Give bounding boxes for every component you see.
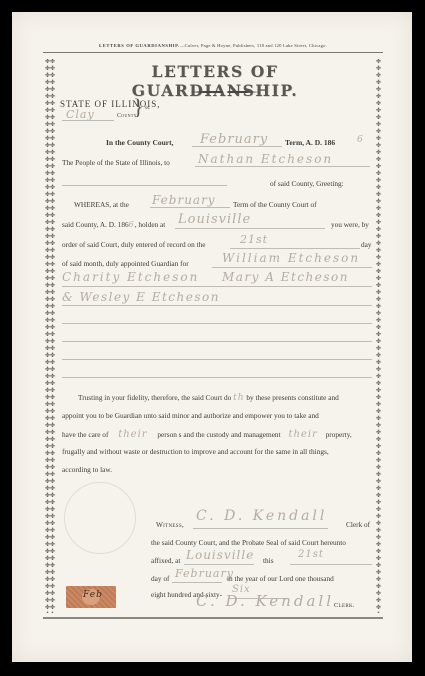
care-of-handwritten: their xyxy=(110,429,155,440)
affixed-place-handwritten: Louisville xyxy=(186,548,254,562)
trusting-line-4: frugally and without waste or destructio… xyxy=(62,447,329,456)
ward-name-4: & Wesley E Etcheson xyxy=(62,290,220,304)
witness-day-rule xyxy=(290,564,372,565)
witness-clerk-handwritten: C. D. Kendall xyxy=(196,508,327,524)
management-handwritten: their xyxy=(282,429,323,440)
ward-rule-1 xyxy=(212,267,372,268)
witness-line-2: the said County Court, and the Probate S… xyxy=(151,538,346,547)
running-head: LETTERS OF GUARDIANSHIP.—Culver, Page & … xyxy=(44,43,382,48)
clerk-label: Clerk. xyxy=(334,602,355,609)
guardian-name-handwritten: Nathan Etcheson xyxy=(198,152,333,166)
you-were-label: you were, by xyxy=(331,220,369,229)
ward-rule-2 xyxy=(62,286,372,287)
holden-place-rule xyxy=(175,228,325,229)
order-text: order of said Court, duly entered of rec… xyxy=(62,240,205,249)
ward-rule-4 xyxy=(62,323,372,324)
whereas-prefix: WHEREAS, at the xyxy=(74,200,129,209)
witness-rule xyxy=(193,528,328,529)
whereas-term-rule xyxy=(150,207,230,208)
term-rule xyxy=(192,146,282,147)
header-divider xyxy=(43,52,383,53)
document-title: LETTERS OF GUARDIANSHIP. xyxy=(70,62,360,100)
whereas-county-line: said County, A. D. 1866, holden at xyxy=(62,220,165,229)
greeting-text: of said County, Greeting: xyxy=(270,179,344,188)
affixed-label: affixed, at xyxy=(151,556,180,565)
trusting-line-2: appoint you to be Guardian unto said min… xyxy=(62,411,319,420)
witness-month-rule xyxy=(172,582,222,583)
trusting-suffix: by these presents constitute and xyxy=(246,393,338,402)
title-ornament-rule xyxy=(190,91,260,93)
whereas-term-handwritten: February xyxy=(152,193,216,207)
ward-name-1: William Etcheson xyxy=(222,251,360,265)
witness-label: Witness, xyxy=(156,520,184,529)
trusting-line-3: have the care of their person s and the … xyxy=(62,429,352,440)
care-of-label: have the care of xyxy=(62,430,108,439)
affixed-place-rule xyxy=(184,564,254,565)
whereas-county-prefix: said County, A. D. 186 xyxy=(62,220,129,229)
running-head-publisher: —Culver, Page & Hoyne, Publishers, 118 a… xyxy=(180,43,327,48)
running-head-title: LETTERS OF GUARDIANSHIP. xyxy=(99,43,180,48)
day-label: day xyxy=(361,240,372,249)
court-year-digit: 6 xyxy=(357,135,364,145)
this-label: this xyxy=(263,556,274,565)
lord-text: in the year of our Lord one thousand xyxy=(227,574,334,583)
ss-label: ss. xyxy=(145,106,150,111)
ward-rule-5 xyxy=(62,341,372,342)
trusting-do-fill: th xyxy=(233,393,244,403)
left-flourish-border: ✤✤✤✤✤✤✤✤✤✤✤✤✤✤✤✤✤✤✤✤✤✤✤✤✤✤✤✤✤✤✤✤✤✤✤✤✤✤✤✤… xyxy=(44,59,56,613)
holden-at-label: , holden at xyxy=(135,220,166,229)
ward-name-2: Charity Etcheson xyxy=(62,270,199,284)
property-label: property, xyxy=(326,430,352,439)
appointed-text: of said month, duly appointed Guardian f… xyxy=(62,259,189,268)
ward-rule-7 xyxy=(62,377,372,378)
county-label: County. xyxy=(117,113,139,119)
county-rule xyxy=(62,120,114,121)
right-flourish-border: ✤✤✤✤✤✤✤✤✤✤✤✤✤✤✤✤✤✤✤✤✤✤✤✤✤✤✤✤✤✤✤✤✤✤✤✤✤✤✤✤… xyxy=(374,59,383,613)
trusting-prefix: Trusting in your fidelity, therefore, th… xyxy=(78,393,231,402)
clerk-signature: C. D. Kendall xyxy=(196,592,334,610)
witness-day-handwritten: 21st xyxy=(298,549,324,560)
court-line-prefix: In the County Court, xyxy=(106,138,174,147)
order-day-handwritten: 21st xyxy=(240,233,268,246)
recipient-rule xyxy=(195,166,370,167)
recipient-rule-2 xyxy=(62,185,227,186)
revenue-stamp: Feb xyxy=(66,586,116,608)
ward-rule-6 xyxy=(62,359,372,360)
witness-month-handwritten: February xyxy=(175,567,234,580)
stamp-cancel-mark: Feb xyxy=(83,590,103,600)
day-of-label: day of xyxy=(151,574,169,583)
whereas-term-suffix: Term of the County Court of xyxy=(233,200,317,209)
people-line-prefix: The People of the State of Illinois, to xyxy=(62,158,170,167)
clerk-of-label: Clerk of xyxy=(346,520,370,529)
embossed-probate-seal xyxy=(64,482,136,554)
holden-place-handwritten: Louisville xyxy=(178,212,251,227)
trusting-line-1: Trusting in your fidelity, therefore, th… xyxy=(78,393,339,403)
custody-label: person s and the custody and management xyxy=(157,430,280,439)
term-month-handwritten: February xyxy=(200,132,268,147)
ward-rule-3 xyxy=(62,305,372,306)
term-ad-label: Term, A. D. 186 xyxy=(285,138,335,147)
frame-bottom-rule xyxy=(43,617,383,619)
trusting-line-5: according to law. xyxy=(62,465,112,474)
ward-name-3: Mary A Etcheson xyxy=(222,270,349,284)
order-day-rule xyxy=(230,248,360,249)
